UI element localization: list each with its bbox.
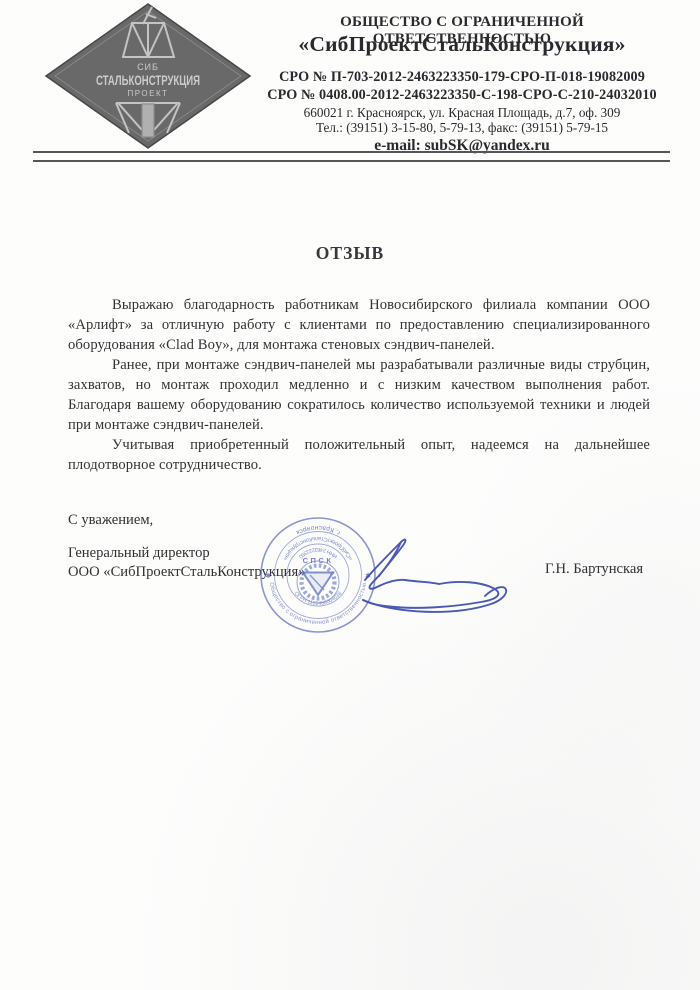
stamp-star-left: ✱ xyxy=(265,572,271,580)
logo-word-sib: СИБ xyxy=(137,62,159,72)
logo-word-proekt: ПРОЕКТ xyxy=(127,89,168,98)
header-divider-rule xyxy=(33,151,670,162)
address-line: 660021 г. Красноярск, ул. Красная Площад… xyxy=(256,105,668,121)
signer-name: Г.Н. Бартунская xyxy=(545,561,643,578)
header-org-name: «СибПроектСтальКонструкция» xyxy=(256,32,668,57)
scanned-letter-page: СИБ СТАЛЬКОНСТРУКЦИЯ ПРОЕКТ ОБЩЕСТВО С О… xyxy=(0,0,700,990)
sro-line-2: СРО № 0408.00-2012-2463223350-С-198-СРО-… xyxy=(256,87,668,104)
salutation: С уважением, xyxy=(68,512,153,529)
company-logo: СИБ СТАЛЬКОНСТРУКЦИЯ ПРОЕКТ xyxy=(43,3,253,149)
handwritten-signature xyxy=(335,522,525,622)
phone-line: Тел.: (39151) 3-15-80, 5-79-13, факс: (3… xyxy=(256,120,668,136)
logo-word-stalkonstrukcia: СТАЛЬКОНСТРУКЦИЯ xyxy=(96,73,200,88)
paragraph-1: Выражаю благодарность работникам Новосиб… xyxy=(68,295,650,355)
stamp-gear-emblem-icon xyxy=(297,561,339,603)
letter-body: Выражаю благодарность работникам Новосиб… xyxy=(68,295,650,475)
paragraph-3: Учитывая приобретенный положительный опы… xyxy=(68,435,650,475)
letter-title: ОТЗЫВ xyxy=(0,243,700,264)
sro-line-1: СРО № П-703-2012-2463223350-179-СРО-П-01… xyxy=(256,69,668,86)
paragraph-2: Ранее, при монтаже сэндвич-панелей мы ра… xyxy=(68,355,650,435)
